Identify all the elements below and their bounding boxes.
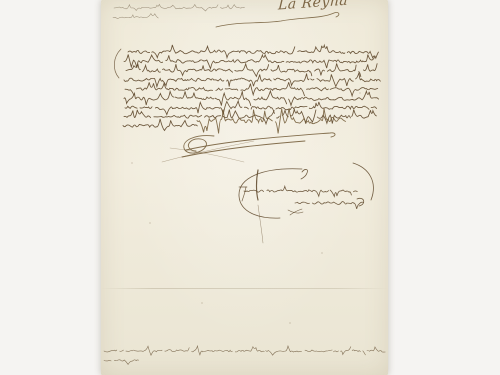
paper-speck [131, 162, 133, 164]
paper-speck [321, 252, 323, 254]
paper-speck [201, 302, 203, 304]
paper-speck [359, 92, 361, 94]
paper-speck [149, 222, 151, 224]
paper-crease [101, 288, 388, 289]
paper-speck [289, 322, 291, 324]
manuscript-paper [101, 0, 388, 375]
photo-canvas: La Reyna [0, 0, 500, 375]
